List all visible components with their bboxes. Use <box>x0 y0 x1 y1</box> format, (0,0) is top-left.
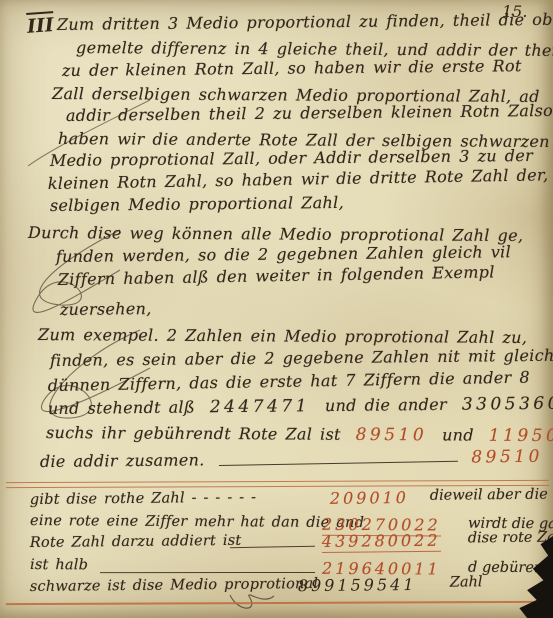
calc-row-text: schwarze ist dise Medio proprotional <box>30 576 319 595</box>
given-numbers-line: und stehendt alß 2447471 und die ander 3… <box>48 393 553 419</box>
text-segment: die addir zusamen. <box>40 450 205 471</box>
calc-row-text: ist halb <box>30 557 88 573</box>
first-given-number: 2447471 <box>210 396 310 417</box>
text-line: finden, es sein aber die 2 gegebene Zahl… <box>50 346 553 370</box>
calc-row: schwarze ist dise Medio proprotional 899… <box>30 574 548 601</box>
first-red-number: 89510 <box>356 425 428 445</box>
ink-rule <box>230 546 315 548</box>
calc-row-note: dise rote Zal <box>468 529 553 546</box>
calc-row-number: 439280022 <box>322 531 441 553</box>
result-black-number: 899159541 <box>298 575 417 595</box>
text-line: dünnen Ziffern, das die erste hat 7 Ziff… <box>48 368 530 395</box>
section-divider-rule <box>6 480 549 483</box>
text-segment: suchs ihr gebührendt Rote Zal ist <box>46 423 341 444</box>
text-segment: und die ander <box>325 395 447 415</box>
second-given-number: 33053604, <box>462 393 553 414</box>
text-line: Durch dise weg können alle Medio proprot… <box>28 223 523 245</box>
calc-row-number: 209010 <box>330 488 409 508</box>
ink-rule <box>219 461 458 466</box>
bottom-rule <box>6 601 549 605</box>
text-line: zuersehen, <box>60 299 152 319</box>
calc-row-text: gibt dise rothe Zahl - - - - - - <box>30 490 257 508</box>
section-numeral: III <box>26 11 54 38</box>
text-line: addir derselben theil 2 zu derselben kle… <box>66 101 553 125</box>
text-line: Ziffern haben alß den weiter in folgende… <box>58 262 495 289</box>
manuscript-page: III 15. Zum dritten 3 Medio proportional… <box>0 0 553 618</box>
calc-row-note: Zahl <box>450 574 483 590</box>
text-segment: und stehendt alß <box>48 397 195 418</box>
text-line: zu der kleinen Rotn Zall, so haben wir d… <box>62 56 522 80</box>
calc-row-text: Rote Zahl darzu addiert ist <box>30 533 242 551</box>
ink-rule <box>100 572 315 573</box>
addition-sum-line: die addir zusamen. 89510 <box>40 447 543 472</box>
sum-red-number: 89510 <box>471 447 543 468</box>
text-segment: und <box>442 425 474 444</box>
text-line: kleinen Rotn Zahl, so haben wir die drit… <box>48 165 549 193</box>
text-line: selbigen Medio proportional Zahl, <box>50 193 344 215</box>
calc-row: Rote Zahl darzu addiert ist 439280022 di… <box>30 530 548 557</box>
calc-row-note: dieweil aber die <box>430 487 548 504</box>
text-line: Zum exempel. 2 Zahlen ein Medio proproti… <box>38 325 527 347</box>
calc-row-text: eine rote eine Ziffer mehr hat dan die a… <box>30 513 364 531</box>
rote-zal-line: suchs ihr gebührendt Rote Zal ist 89510 … <box>46 423 553 446</box>
text-line: Zum dritten 3 Medio proportional zu find… <box>57 10 553 34</box>
second-red-number: 119500. <box>489 426 553 447</box>
calc-row: gibt dise rothe Zahl - - - - - - 209010 … <box>30 487 548 514</box>
